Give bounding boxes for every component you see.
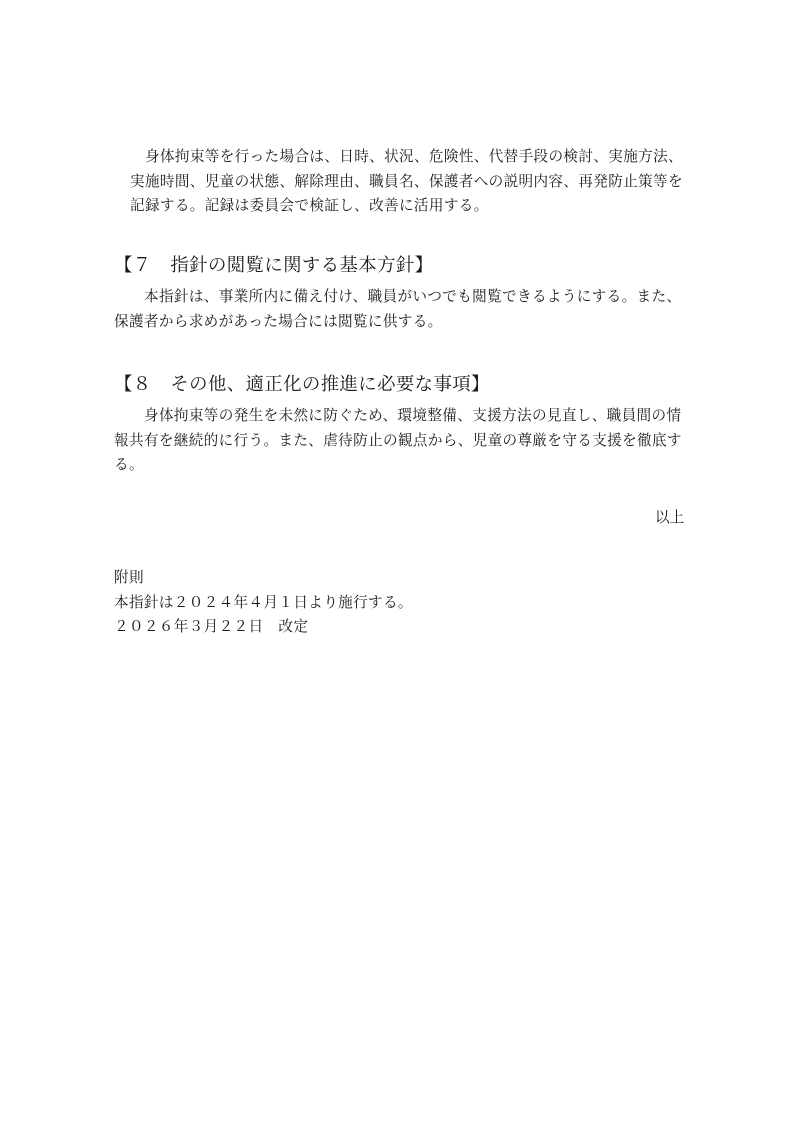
- section6-paragraph: 身体拘束等を行った場合は、日時、状況、危険性、代替手段の検討、実施方法、 実施時…: [130, 145, 683, 219]
- effective-date: 本指針は２０２４年４月１日より施行する。: [114, 591, 413, 616]
- section7-paragraph: 本指針は、事業所内に備え付け、職員がいつでも閲覧できるようにする。また、 保護者…: [114, 285, 681, 334]
- paragraph-line: 身体拘束等の発生を未然に防ぐため、環境整備、支援方法の見直し、職員間の情: [114, 404, 682, 429]
- document-page: 身体拘束等を行った場合は、日時、状況、危険性、代替手段の検討、実施方法、 実施時…: [0, 0, 800, 1131]
- section8-heading: 【８ その他、適正化の推進に必要な事項】: [114, 372, 490, 398]
- closing-text: 以上: [655, 506, 684, 531]
- paragraph-line: 身体拘束等を行った場合は、日時、状況、危険性、代替手段の検討、実施方法、: [130, 145, 683, 170]
- paragraph-line: 記録する。記録は委員会で検証し、改善に活用する。: [130, 194, 683, 219]
- supplementary-title: 附則: [114, 566, 413, 591]
- paragraph-line: 保護者から求めがあった場合には閲覧に供する。: [114, 310, 681, 335]
- revision-date: ２０２６年３月２２日 改定: [114, 615, 413, 640]
- paragraph-line: 報共有を継続的に行う。また、虐待防止の観点から、児童の尊厳を守る支援を徹底す: [114, 429, 682, 454]
- paragraph-line: 本指針は、事業所内に備え付け、職員がいつでも閲覧できるようにする。また、: [114, 285, 681, 310]
- paragraph-line: 実施時間、児童の状態、解除理由、職員名、保護者への説明内容、再発防止策等を: [130, 170, 683, 195]
- section7-heading: 【７ 指針の閲覧に関する基本方針】: [114, 253, 433, 279]
- section8-paragraph: 身体拘束等の発生を未然に防ぐため、環境整備、支援方法の見直し、職員間の情 報共有…: [114, 404, 682, 478]
- supplementary-provisions: 附則 本指針は２０２４年４月１日より施行する。 ２０２６年３月２２日 改定: [114, 566, 413, 640]
- paragraph-line: る。: [114, 453, 682, 478]
